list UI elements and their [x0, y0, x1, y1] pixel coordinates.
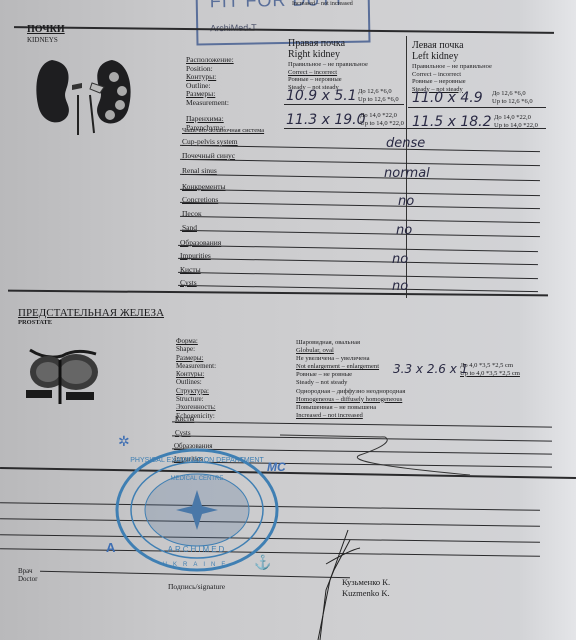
psize-norm-ru: До 4,0 *3,5 *2,5 cm — [460, 362, 520, 370]
doctor-ru: Врач — [18, 567, 37, 575]
impur-value: no — [392, 252, 408, 267]
rule — [178, 245, 538, 252]
label-sand-ru: Песок — [182, 210, 202, 219]
label-cysts-en: Cysts — [180, 279, 197, 288]
opt-shape-en: Globular, oval — [296, 347, 405, 355]
anchor-icon: ⚓ — [254, 555, 271, 572]
doctor-label: Врач Doctor — [18, 567, 37, 583]
opt-outline-en: Steady – not steady — [296, 379, 405, 387]
right-kidney-en: Right kidney — [288, 49, 368, 60]
opt-shape-ru: Шаровидная, овальная — [296, 339, 405, 347]
rule — [180, 159, 540, 166]
left-kidney-en: Left kidney — [412, 51, 492, 62]
rule — [180, 189, 540, 196]
prostate-illustration — [26, 346, 106, 404]
right-kidney-ru: Правая почка — [288, 38, 368, 49]
label-poutline-ru: Контуры: — [176, 370, 216, 378]
par-norm-en: Up to 14,0 *22,0 — [360, 120, 404, 128]
rule — [180, 216, 540, 223]
right-parenchyma: 11.3 x 19.0 — [286, 112, 366, 128]
label-shape-ru: Форма: — [176, 337, 216, 345]
label-pmeasure-ru: Размеры: — [176, 354, 216, 362]
cup-value: dense — [386, 136, 425, 151]
size-norm-en: Up to 12,6 *6,0 — [358, 96, 399, 104]
left-position-options-en: Correct – incorrect — [412, 71, 492, 79]
size-norm-ru: До 12,6 *6,0 — [492, 90, 533, 98]
opt-measure-en: Not enlargement – enlargement — [296, 363, 405, 371]
signature-label: Подпись/signature — [168, 582, 225, 591]
label-shape-en: Shape: — [176, 345, 216, 353]
prostate-size: 3.3 x 2.6 x 1 — [393, 362, 468, 376]
left-position-options-ru: Правильное – не правильное — [412, 63, 492, 71]
cysts-value: no — [392, 279, 408, 294]
right-kidney-size: 10.9 x 5.1 — [286, 88, 357, 104]
opt-echo-ru: Повышенная – не повышена — [296, 404, 405, 412]
opt-measure-ru: Не увеличена – увеличена — [296, 355, 405, 363]
label-cup-ru: Чашечно-лоханочная система — [182, 127, 264, 136]
underline — [408, 107, 546, 108]
size-norm-ru: До 12,6 *6,0 — [358, 88, 399, 96]
label-measure-en: Measurement: — [186, 99, 234, 108]
svg-text:UKRAINE: UKRAINE — [163, 562, 232, 568]
label-cysts-ru: Кисты — [180, 266, 201, 275]
rule — [180, 202, 540, 209]
prostate-title-ru: ПРЕДСТАТЕЛЬНАЯ ЖЕЛЕЗА — [18, 307, 164, 319]
underline — [284, 128, 546, 129]
kidneys-title-ru: ПОЧКИ — [27, 24, 65, 35]
left-kidney-column: Левая почка Left kidney Правильное – не … — [412, 40, 492, 93]
svg-text:PHYSICAL EXAMINATION DEPARTMEN: PHYSICAL EXAMINATION DEPARTMENT — [130, 457, 264, 464]
size-norm-en: Up to 12,6 *6,0 — [492, 98, 533, 106]
label-echo-ru: Эхогенность: — [176, 403, 216, 411]
left-kidney-ru: Левая почка — [412, 40, 492, 51]
underline — [284, 104, 404, 105]
psize-norm-en: Up to 4,0 *3,5 *2,5 cm — [460, 370, 520, 378]
right-kidney-column: Правая почка Right kidney Правильное – н… — [288, 38, 368, 91]
svg-text:MEDICAL CENTRE: MEDICAL CENTRE — [171, 476, 224, 482]
sinus-value: normal — [384, 166, 430, 181]
rule — [178, 258, 538, 265]
rule — [178, 272, 538, 279]
rule — [180, 174, 540, 181]
seal-mark-a: A — [106, 540, 115, 555]
right-size-norm: До 12,6 *6,0 Up to 12,6 *6,0 — [358, 88, 399, 103]
right-par-norm: До 14,0 *22,0 Up to 14,0 *22,0 — [360, 112, 404, 127]
left-outline-options-ru: Ровные – неровные — [412, 78, 492, 86]
opt-echo-en: Increased – not increased — [296, 412, 405, 420]
left-par-norm: До 14,0 *22,0 Up to 14,0 *22,0 — [494, 114, 538, 129]
opt-struct-ru: Однородная – диффузно неоднородная — [296, 388, 405, 396]
snowflake-icon: ✲ — [118, 434, 130, 451]
prostate-size-norm: До 4,0 *3,5 *2,5 cm Up to 4,0 *3,5 *2,5 … — [460, 362, 520, 377]
opt-outline-ru: Ровные – не ровные — [296, 371, 405, 379]
seal-mark-mc: MC — [267, 460, 286, 474]
rule — [180, 230, 540, 237]
left-kidney-size: 11.0 x 4.9 — [412, 90, 483, 106]
label-struct-ru: Структура: — [176, 387, 216, 395]
label-poutline-en: Outlines: — [176, 378, 216, 386]
kidneys-title-en: KIDNEYS — [27, 36, 58, 44]
label-pmeasure-en: Measurement: — [176, 362, 216, 370]
kidneys-illustration — [32, 55, 137, 135]
strikethrough-mark — [270, 425, 570, 475]
svg-text:ARCHIMED: ARCHIMED — [168, 545, 227, 554]
left-size-norm: До 12,6 *6,0 Up to 12,6 *6,0 — [492, 90, 533, 105]
header-fragment: Increased – not increased — [292, 1, 353, 9]
doctor-signature — [290, 520, 370, 640]
concr-value: no — [398, 194, 414, 209]
sand-value: no — [396, 223, 412, 238]
par-norm-ru: До 14,0 *22,0 — [494, 114, 538, 122]
opt-struct-en: Homogeneous – diffusely homogeneous — [296, 396, 405, 404]
right-outline-options-ru: Ровные – неровные — [288, 76, 368, 84]
par-norm-ru: До 14,0 *22,0 — [360, 112, 404, 120]
label-struct-en: Structure: — [176, 395, 216, 403]
prostate-options: Шаровидная, овальная Globular, oval Не у… — [296, 339, 405, 420]
kidney-labels: Расположение: Position: Контуры: Outline… — [186, 56, 234, 132]
doctor-en: Doctor — [18, 575, 37, 583]
right-position-options-en: Correct – incorrect — [288, 69, 368, 77]
prostate-labels: Форма: Shape: Размеры: Measurement: Конт… — [176, 337, 216, 420]
label-sand-en: Sand — [182, 224, 197, 233]
prostate-title-en: PROSTATE — [18, 319, 52, 326]
right-position-options-ru: Правильное – не правильное — [288, 61, 368, 69]
